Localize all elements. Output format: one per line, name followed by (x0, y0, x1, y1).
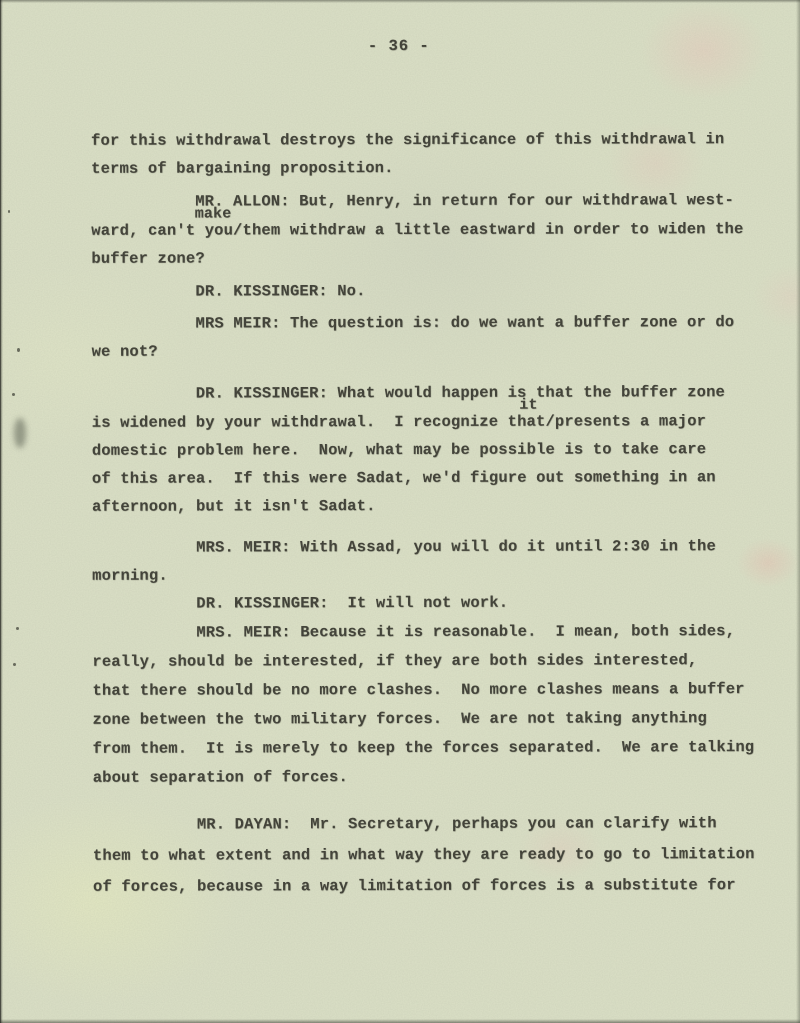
line-text: MR. ALLON: But, Henry, in return for our… (195, 191, 734, 210)
line-text: MRS MEIR: The question is: do we want a … (195, 313, 734, 332)
text-line: of this area. If this were Sadat, we'd f… (92, 468, 716, 488)
text-line: them to what extent and in what way they… (93, 845, 755, 865)
text-line: MR. ALLON: But, Henry, in return for our… (91, 191, 734, 211)
line-text: MRS. MEIR: With Assad, you will do it un… (196, 537, 716, 556)
text-line: MRS MEIR: The question is: do we want a … (91, 313, 734, 333)
line-text: of this area. If this were Sadat, we'd f… (92, 468, 716, 488)
line-text: DR. KISSINGER: No. (195, 282, 365, 300)
scan-edge-top (0, 0, 800, 3)
line-text: that there should be no more clashes. No… (92, 680, 744, 700)
line-text: MRS. MEIR: Because it is reasonable. I m… (196, 622, 735, 641)
line-text: is widened by your withdrawal. I recogni… (92, 412, 706, 432)
text-line: MRS. MEIR: Because it is reasonable. I m… (92, 622, 735, 642)
text-line: we not? (92, 343, 158, 361)
text-line-with-insertion: is widened by your withdrawal. I recogni… (92, 412, 706, 432)
text-line: MR. DAYAN: Mr. Secretary, perhaps you ca… (93, 814, 717, 834)
typed-insertion-it: it (519, 397, 537, 414)
scan-speck (12, 393, 15, 396)
line-text: of forces, because in a way limitation o… (93, 876, 736, 896)
text-line-with-insertion: ward, can't you/them withdraw a little e… (91, 220, 743, 240)
scan-speck (8, 210, 10, 213)
line-text: from them. It is merely to keep the forc… (93, 738, 755, 758)
text-line: about separation of forces. (93, 768, 348, 787)
line-text: we not? (92, 343, 158, 361)
line-text: afternoon, but it isn't Sadat. (92, 497, 376, 516)
text-line: that there should be no more clashes. No… (92, 680, 744, 700)
line-text: DR. KISSINGER: It will not work. (196, 594, 508, 613)
line-text: for this withdrawal destroys the signifi… (91, 130, 724, 150)
line-text: them to what extent and in what way they… (93, 845, 755, 865)
scan-speck (16, 627, 19, 630)
text-line: MRS. MEIR: With Assad, you will do it un… (92, 537, 716, 557)
line-text: about separation of forces. (93, 768, 348, 787)
text-line: for this withdrawal destroys the signifi… (91, 130, 724, 150)
text-line: terms of bargaining proposition. (91, 159, 393, 178)
text-line: from them. It is merely to keep the forc… (93, 738, 755, 758)
page-number: - 36 - (0, 36, 799, 56)
line-text: ward, can't you/them withdraw a little e… (91, 220, 743, 240)
line-text: MR. DAYAN: Mr. Secretary, perhaps you ca… (197, 814, 717, 833)
text-line: afternoon, but it isn't Sadat. (92, 497, 376, 516)
line-text: zone between the two military forces. We… (93, 709, 707, 729)
text-line: zone between the two military forces. We… (93, 709, 707, 729)
line-text: DR. KISSINGER: What would happen is that… (196, 383, 725, 402)
line-text: really, should be interested, if they ar… (92, 651, 697, 671)
scan-edge-right (796, 0, 800, 1023)
scan-edge-bottom (0, 1019, 800, 1023)
scan-speck (17, 348, 20, 352)
text-line: of forces, because in a way limitation o… (93, 876, 736, 896)
transcript-text: - 36 - for this withdrawal destroys the … (0, 0, 800, 1023)
text-line: DR. KISSINGER: It will not work. (92, 594, 508, 613)
text-line: DR. KISSINGER: No. (91, 282, 365, 301)
text-line: really, should be interested, if they ar… (92, 651, 697, 671)
typed-insertion-make: make (195, 205, 232, 222)
scan-speck (13, 663, 16, 666)
document-page: - 36 - for this withdrawal destroys the … (0, 0, 800, 1023)
text-line: buffer zone? (91, 250, 204, 268)
line-text: buffer zone? (91, 250, 204, 268)
line-text: morning. (92, 567, 168, 585)
text-line: domestic problem here. Now, what may be … (92, 440, 706, 460)
scan-smudge (14, 418, 26, 448)
line-text: domestic problem here. Now, what may be … (92, 440, 706, 460)
line-text: terms of bargaining proposition. (91, 159, 393, 178)
text-line: DR. KISSINGER: What would happen is that… (92, 383, 725, 403)
scan-edge-left (0, 0, 3, 1023)
text-line: morning. (92, 567, 168, 585)
